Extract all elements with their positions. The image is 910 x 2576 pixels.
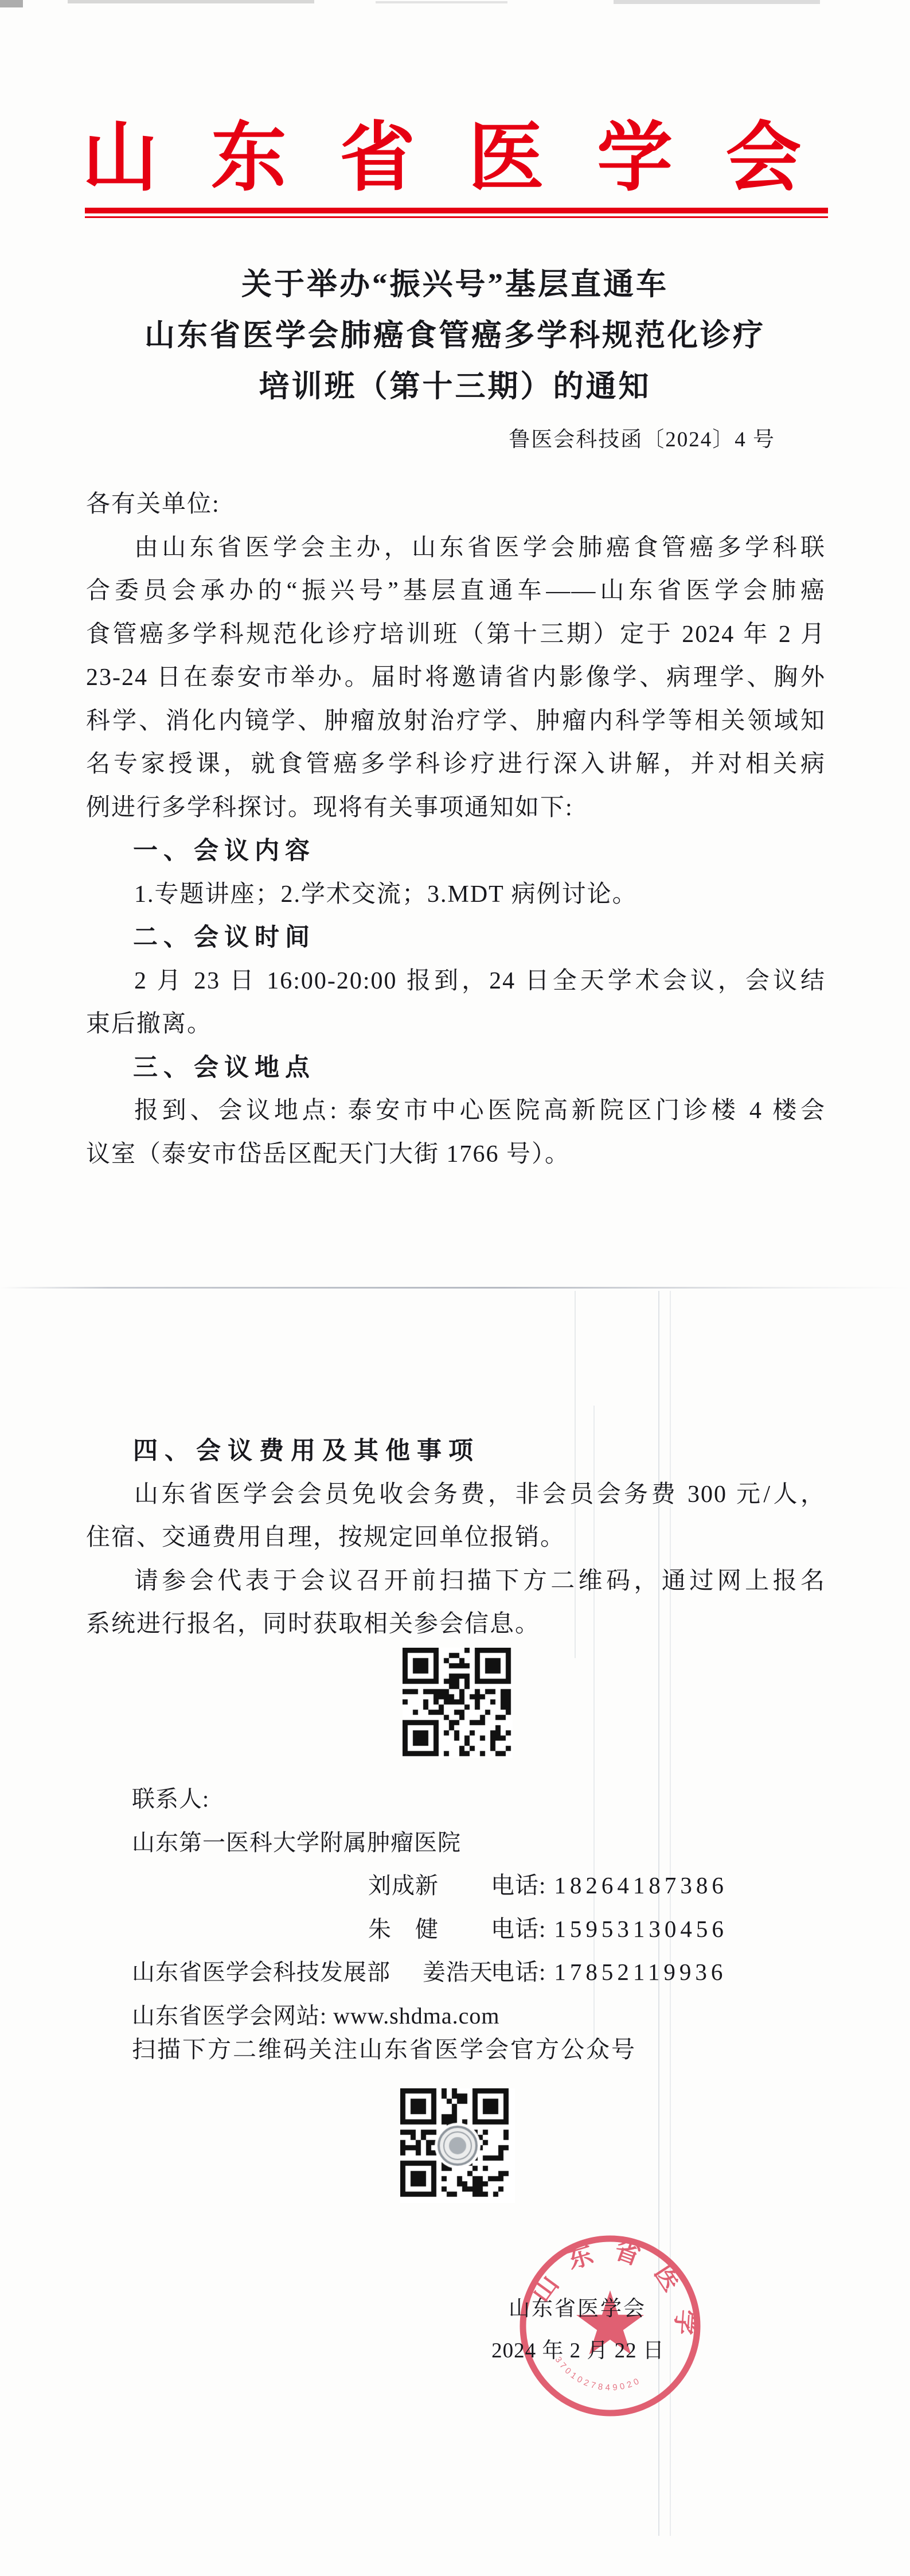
contact-label: 联系人: <box>86 1777 826 1821</box>
masthead-divider <box>85 208 828 218</box>
website-label: 山东省医学会网站: <box>132 2003 327 2029</box>
phone-number: 18264187386 <box>546 1872 728 1898</box>
website-url: www.shdma.com <box>333 2003 499 2029</box>
body-line: 由山东省医学会主办，山东省医学会肺癌食管癌多学科联 <box>86 527 826 570</box>
website-row: 山东省医学会网站: www.shdma.com <box>86 1994 826 2038</box>
body-line: 2 月 23 日 16:00-20:00 报到，24 日全天学术会议，会议结 <box>86 960 826 1003</box>
page2-body: 四、会议费用及其他事项 山东省医学会会员免收会务费，非会员会务费 300 元/人… <box>86 1430 826 1647</box>
document-number: 鲁医会科技函〔2024〕4 号 <box>0 422 775 453</box>
signature-organization: 山东省医学会 <box>500 2291 655 2322</box>
body-line: 报到、会议地点: 泰安市中心医院高新院区门诊楼 4 楼会 <box>86 1089 826 1133</box>
title-line-2: 山东省医学会肺癌食管癌多学科规范化诊疗 <box>0 310 910 361</box>
organization-masthead: 山东省医学会 <box>0 96 910 205</box>
scanned-notice-document: 山东省医学会 关于举办“振兴号”基层直通车 山东省医学会肺癌食管癌多学科规范化诊… <box>0 0 910 2576</box>
phone-number: 15953130456 <box>546 1916 728 1942</box>
section1-heading: 一、会议内容 <box>86 830 826 873</box>
body-line: 请参会代表于会议召开前扫描下方二维码，通过网上报名 <box>86 1560 826 1604</box>
contact-org: 山东省医学会科技发展部 <box>132 1959 390 1985</box>
salutation: 各有关单位: <box>86 483 826 527</box>
body-line: 合委员会承办的“振兴号”基层直通车——山东省医学会肺癌 <box>86 570 826 613</box>
body-line: 山东省医学会会员免收会务费，非会员会务费 300 元/人， <box>86 1473 826 1517</box>
scan-smudge <box>614 0 820 4</box>
contact-row: 朱 健 电话:15953130456 <box>86 1908 826 1951</box>
phone-label: 电话: <box>491 1959 546 1985</box>
contact-phone: 电话:15953130456 <box>491 1908 728 1951</box>
page1-body: 各有关单位: 由山东省医学会主办，山东省医学会肺癌食管癌多学科联 合委员会承办的… <box>86 483 826 1176</box>
contact-row: 山东省医学会科技发展部姜浩天 电话:17852119936 <box>86 1951 826 1994</box>
section2-heading: 二、会议时间 <box>86 916 826 960</box>
contact-phone: 电话:18264187386 <box>491 1864 728 1908</box>
official-account-qr-code <box>400 2088 515 2203</box>
contact-name: 刘成新 <box>368 1864 439 1908</box>
section3-heading: 三、会议地点 <box>86 1046 826 1090</box>
phone-label: 电话: <box>491 1916 546 1942</box>
official-account-caption: 扫描下方二维码关注山东省医学会官方公众号 <box>132 2032 636 2067</box>
title-line-3: 培训班（第十三期）的通知 <box>0 361 910 413</box>
body-line: 1.专题讲座；2.学术交流；3.MDT 病例讨论。 <box>86 873 826 917</box>
phone-number: 17852119936 <box>546 1959 727 1985</box>
contact-phone: 电话:17852119936 <box>491 1951 727 1994</box>
body-line: 议室（泰安市岱岳区配天门大街 1766 号）。 <box>86 1133 826 1177</box>
body-line: 食管癌多学科规范化诊疗培训班（第十三期）定于 2024 年 2 月 <box>86 613 826 657</box>
body-line: 科学、消化内镜学、肿瘤放射治疗学、肿瘤内科学等相关领域知 <box>86 700 826 744</box>
scan-smudge <box>0 0 23 7</box>
page-boundary-line <box>0 1287 910 1289</box>
body-line: 束后撤离。 <box>86 1003 826 1046</box>
body-line: 名专家授课，就食管癌多学科诊疗进行深入讲解，并对相关病 <box>86 743 826 787</box>
body-line: 住宿、交通费用自理，按规定回单位报销。 <box>86 1516 826 1560</box>
body-line: 23-24 日在泰安市举办。届时将邀请省内影像学、病理学、胸外 <box>86 656 826 700</box>
scan-smudge <box>376 1 507 3</box>
contact-block: 联系人: 山东第一医科大学附属肿瘤医院 刘成新 电话:18264187386 朱… <box>86 1777 826 2037</box>
scan-smudge <box>68 0 314 3</box>
contact-hospital: 山东第一医科大学附属肿瘤医院 <box>86 1821 826 1865</box>
body-line: 例进行多学科探讨。现将有关事项通知如下: <box>86 787 826 830</box>
signature-date: 2024 年 2 月 22 日 <box>486 2333 670 2364</box>
official-red-seal: 山东省医学会 3701027849020 <box>515 2228 705 2419</box>
phone-label: 电话: <box>491 1872 546 1898</box>
notice-title: 关于举办“振兴号”基层直通车 山东省医学会肺癌食管癌多学科规范化诊疗 培训班（第… <box>0 259 910 413</box>
contact-row: 刘成新 电话:18264187386 <box>86 1864 826 1908</box>
body-line: 系统进行报名，同时获取相关参会信息。 <box>86 1603 826 1647</box>
contact-name: 朱 健 <box>368 1908 439 1951</box>
title-line-1: 关于举办“振兴号”基层直通车 <box>0 259 910 310</box>
registration-qr-code <box>403 1648 513 1758</box>
section4-heading: 四、会议费用及其他事项 <box>86 1430 826 1473</box>
contact-name: 姜浩天 <box>423 1959 493 1985</box>
